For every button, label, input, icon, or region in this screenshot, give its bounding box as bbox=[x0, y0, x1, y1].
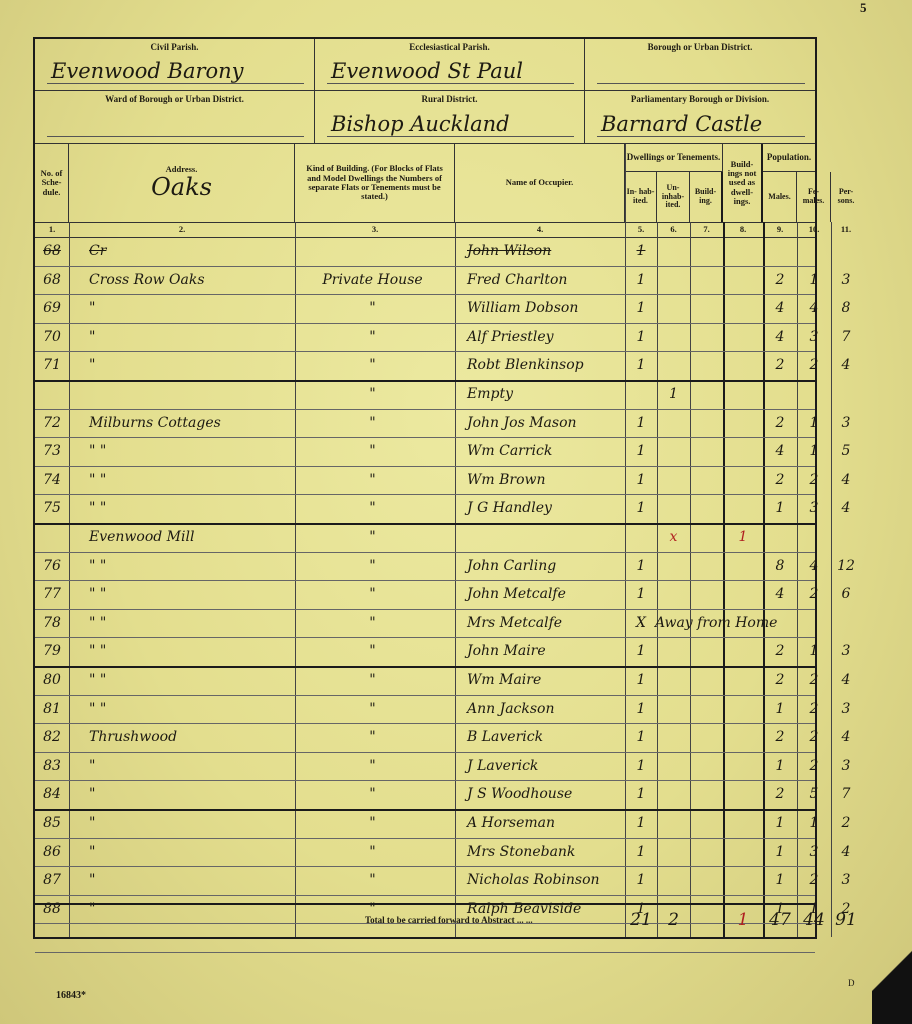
schedule-number: 68 bbox=[35, 237, 69, 266]
schedule-number: 87 bbox=[35, 866, 69, 895]
persons: 2 bbox=[831, 809, 861, 838]
table-row: 74" ""Wm Brown1224 bbox=[35, 466, 815, 496]
col-building-header: Build- ing. bbox=[690, 172, 723, 222]
males bbox=[763, 380, 797, 409]
address: Cross Row Oaks bbox=[75, 266, 309, 295]
totals-row: Total to be carried forward to Abstract … bbox=[35, 903, 815, 937]
inhabited: 1 bbox=[625, 466, 657, 495]
form-mark: D bbox=[848, 978, 855, 988]
table-row: 76" ""John Carling18412 bbox=[35, 552, 815, 582]
not-dwelling bbox=[723, 723, 763, 752]
males: 4 bbox=[763, 437, 797, 466]
address: Milburns Cottages bbox=[75, 409, 309, 438]
total-persons: 91 bbox=[831, 905, 861, 937]
males: 4 bbox=[763, 294, 797, 323]
schedule-number bbox=[35, 380, 69, 409]
inhabited bbox=[625, 380, 657, 409]
persons: 3 bbox=[831, 266, 861, 295]
males: 8 bbox=[763, 552, 797, 581]
schedule-number: 85 bbox=[35, 809, 69, 838]
schedule-number: 83 bbox=[35, 752, 69, 781]
table-row: Evenwood Mill"x1 bbox=[35, 523, 815, 553]
occupier-name: Mrs Metcalfe bbox=[455, 609, 637, 638]
occupier-name: Wm Carrick bbox=[455, 437, 637, 466]
inhabited: 1 bbox=[625, 780, 657, 809]
not-dwelling bbox=[723, 237, 763, 266]
not-dwelling bbox=[723, 866, 763, 895]
kind-of-building: " bbox=[295, 809, 450, 838]
address: " bbox=[75, 780, 309, 809]
address: " bbox=[75, 752, 309, 781]
kind-of-building: " bbox=[295, 666, 450, 695]
inhabited: 1 bbox=[625, 838, 657, 867]
inhabited: 1 bbox=[625, 351, 657, 380]
occupier-name: A Horseman bbox=[455, 809, 637, 838]
uninhabited bbox=[657, 637, 690, 666]
col-number: 7. bbox=[690, 224, 723, 234]
inhabited: 1 bbox=[625, 552, 657, 581]
inhabited: 1 bbox=[625, 437, 657, 466]
persons: 4 bbox=[831, 838, 861, 867]
schedule-number: 77 bbox=[35, 580, 69, 609]
males: 2 bbox=[763, 666, 797, 695]
address: Cr bbox=[75, 237, 309, 266]
col-number: 10. bbox=[797, 224, 831, 234]
not-dwelling bbox=[723, 752, 763, 781]
dwellings-group-header: Dwellings or Tenements. bbox=[625, 144, 723, 172]
kind-of-building: " bbox=[295, 437, 450, 466]
kind-of-building bbox=[295, 237, 450, 266]
address: " " bbox=[75, 466, 309, 495]
col-number: 9. bbox=[763, 224, 797, 234]
col-number: 4. bbox=[455, 224, 625, 234]
table-row: 77" ""John Metcalfe1426 bbox=[35, 580, 815, 610]
address: " bbox=[75, 838, 309, 867]
kind-of-building: " bbox=[295, 409, 450, 438]
uninhabited bbox=[657, 752, 690, 781]
females bbox=[797, 380, 831, 409]
address: " " bbox=[75, 552, 309, 581]
kind-of-building: " bbox=[295, 294, 450, 323]
ward-label: Ward of Borough or Urban District. bbox=[35, 94, 314, 104]
schedule-number: 68 bbox=[35, 266, 69, 295]
females: 2 bbox=[797, 866, 831, 895]
schedule-number: 81 bbox=[35, 695, 69, 724]
females bbox=[797, 609, 831, 638]
not-dwelling bbox=[723, 637, 763, 666]
kind-of-building: " bbox=[295, 866, 450, 895]
males: 4 bbox=[763, 323, 797, 352]
kind-of-building: " bbox=[295, 523, 450, 552]
address: " " bbox=[75, 494, 309, 523]
males: 2 bbox=[763, 351, 797, 380]
not-dwelling bbox=[723, 351, 763, 380]
inhabited: 1 bbox=[625, 666, 657, 695]
population-group-header: Population. bbox=[763, 144, 815, 172]
females: 2 bbox=[797, 695, 831, 724]
parliamentary-value: Barnard Castle bbox=[597, 113, 805, 137]
uninhabited bbox=[657, 466, 690, 495]
schedule-number: 74 bbox=[35, 466, 69, 495]
occupier-name: Alf Priestley bbox=[455, 323, 637, 352]
table-row: 79" ""John Maire1213 bbox=[35, 637, 815, 668]
rural-district-value: Bishop Auckland bbox=[327, 113, 574, 137]
table-row: 68Cross Row OaksPrivate HouseFred Charlt… bbox=[35, 266, 815, 296]
persons: 3 bbox=[831, 752, 861, 781]
uninhabited bbox=[657, 666, 690, 695]
persons: 3 bbox=[831, 866, 861, 895]
occupier-name: Nicholas Robinson bbox=[455, 866, 637, 895]
table-row: 73" ""Wm Carrick1415 bbox=[35, 437, 815, 467]
address: " " bbox=[75, 580, 309, 609]
inhabited: X bbox=[625, 609, 657, 638]
schedule-number bbox=[35, 523, 69, 552]
total-uninhabited: 2 bbox=[657, 905, 690, 937]
table-row: 72Milburns Cottages"John Jos Mason1213 bbox=[35, 409, 815, 439]
males: 1 bbox=[763, 752, 797, 781]
persons bbox=[831, 523, 861, 552]
not-dwelling bbox=[723, 380, 763, 409]
kind-of-building: " bbox=[295, 466, 450, 495]
uninhabited bbox=[657, 494, 690, 523]
persons: 4 bbox=[831, 466, 861, 495]
col-number: 11. bbox=[831, 224, 861, 234]
inhabited: 1 bbox=[625, 637, 657, 666]
schedule-number: 78 bbox=[35, 609, 69, 638]
persons: 6 bbox=[831, 580, 861, 609]
not-dwelling bbox=[723, 494, 763, 523]
col-number: 8. bbox=[723, 224, 763, 234]
not-dwelling bbox=[723, 666, 763, 695]
males: 2 bbox=[763, 723, 797, 752]
address: " " bbox=[75, 695, 309, 724]
total-not-dwelling: 1 bbox=[723, 905, 763, 937]
not-dwelling bbox=[723, 294, 763, 323]
females: 1 bbox=[797, 266, 831, 295]
inhabited: 1 bbox=[625, 266, 657, 295]
row-note: Away from Home bbox=[655, 609, 777, 637]
schedule-number: 73 bbox=[35, 437, 69, 466]
total-inhabited: 21 bbox=[625, 905, 657, 937]
kind-of-building: " bbox=[295, 351, 450, 380]
col-number: 2. bbox=[69, 224, 295, 234]
col-schedule-header: No. of Sche- dule. bbox=[35, 144, 69, 222]
males: 1 bbox=[763, 809, 797, 838]
not-dwelling bbox=[723, 838, 763, 867]
occupier-name: Wm Brown bbox=[455, 466, 637, 495]
persons: 5 bbox=[831, 437, 861, 466]
persons: 3 bbox=[831, 695, 861, 724]
occupier-name: Wm Maire bbox=[455, 666, 637, 695]
col-number: 5. bbox=[625, 224, 657, 234]
persons bbox=[831, 237, 861, 266]
kind-of-building: " bbox=[295, 695, 450, 724]
schedule-number: 69 bbox=[35, 294, 69, 323]
inhabited: 1 bbox=[625, 237, 657, 266]
males: 2 bbox=[763, 409, 797, 438]
total-females: 44 bbox=[797, 905, 831, 937]
occupier-name: William Dobson bbox=[455, 294, 637, 323]
col-number: 3. bbox=[295, 224, 455, 234]
census-form: Civil Parish. Evenwood Barony Ecclesiast… bbox=[33, 37, 817, 939]
persons: 8 bbox=[831, 294, 861, 323]
page-number: 5 bbox=[860, 0, 867, 16]
civil-parish-field: Civil Parish. Evenwood Barony bbox=[35, 39, 315, 91]
table-row: 70""Alf Priestley1437 bbox=[35, 323, 815, 353]
table-row: 78" ""Mrs MetcalfeXAway from Home bbox=[35, 609, 815, 639]
address: Evenwood Mill bbox=[75, 523, 309, 552]
schedule-number: 76 bbox=[35, 552, 69, 581]
uninhabited bbox=[657, 809, 690, 838]
address bbox=[75, 380, 309, 409]
table-row: 84""J S Woodhouse1257 bbox=[35, 780, 815, 811]
address: " " bbox=[75, 609, 309, 638]
form-code: 16843* bbox=[56, 990, 86, 1001]
occupier-name: John Jos Mason bbox=[455, 409, 637, 438]
persons: 3 bbox=[831, 409, 861, 438]
persons: 4 bbox=[831, 494, 861, 523]
occupier-name: John Carling bbox=[455, 552, 637, 581]
occupier-name: John Maire bbox=[455, 637, 637, 666]
table-row: 82Thrushwood"B Laverick1224 bbox=[35, 723, 815, 753]
persons: 12 bbox=[831, 552, 861, 581]
address: " bbox=[75, 294, 309, 323]
uninhabited bbox=[657, 266, 690, 295]
females: 2 bbox=[797, 752, 831, 781]
inhabited: 1 bbox=[625, 809, 657, 838]
table-row: 87""Nicholas Robinson1123 bbox=[35, 866, 815, 896]
uninhabited bbox=[657, 723, 690, 752]
kind-of-building: " bbox=[295, 637, 450, 666]
schedule-number: 82 bbox=[35, 723, 69, 752]
uninhabited bbox=[657, 323, 690, 352]
inhabited: 1 bbox=[625, 494, 657, 523]
persons: 4 bbox=[831, 666, 861, 695]
inhabited: 1 bbox=[625, 695, 657, 724]
col-kind-header: Kind of Building. (For Blocks of Flats a… bbox=[295, 144, 455, 222]
uninhabited bbox=[657, 866, 690, 895]
uninhabited bbox=[657, 838, 690, 867]
females: 2 bbox=[797, 666, 831, 695]
uninhabited bbox=[657, 695, 690, 724]
males: 1 bbox=[763, 494, 797, 523]
total-males: 47 bbox=[763, 905, 797, 937]
inhabited bbox=[625, 523, 657, 552]
inhabited: 1 bbox=[625, 323, 657, 352]
address: " " bbox=[75, 437, 309, 466]
rural-district-field: Rural District. Bishop Auckland bbox=[315, 91, 585, 144]
address: " bbox=[75, 323, 309, 352]
uninhabited bbox=[657, 780, 690, 809]
not-dwelling bbox=[723, 323, 763, 352]
kind-of-building: " bbox=[295, 723, 450, 752]
persons: 7 bbox=[831, 323, 861, 352]
uninhabited: 1 bbox=[657, 380, 690, 409]
persons: 3 bbox=[831, 637, 861, 666]
borough-label: Borough or Urban District. bbox=[585, 42, 815, 52]
table-row: 86""Mrs Stonebank1134 bbox=[35, 838, 815, 868]
males: 1 bbox=[763, 866, 797, 895]
kind-of-building: " bbox=[295, 323, 450, 352]
females bbox=[797, 237, 831, 266]
occupier-name: Empty bbox=[455, 380, 637, 409]
ecclesiastical-parish-value: Evenwood St Paul bbox=[327, 60, 574, 84]
kind-of-building: " bbox=[295, 609, 450, 638]
females: 1 bbox=[797, 809, 831, 838]
males: 1 bbox=[763, 838, 797, 867]
parliamentary-label: Parliamentary Borough or Division. bbox=[585, 94, 815, 104]
males bbox=[763, 237, 797, 266]
uninhabited bbox=[657, 552, 690, 581]
total-building bbox=[690, 905, 723, 937]
schedule-number: 70 bbox=[35, 323, 69, 352]
females: 3 bbox=[797, 494, 831, 523]
inhabited: 1 bbox=[625, 723, 657, 752]
males bbox=[763, 523, 797, 552]
occupier-name: Fred Charlton bbox=[455, 266, 637, 295]
persons: 4 bbox=[831, 723, 861, 752]
address: Thrushwood bbox=[75, 723, 309, 752]
females: 5 bbox=[797, 780, 831, 809]
table-row: 85""A Horseman1112 bbox=[35, 809, 815, 839]
col-name-header: Name of Occupier. bbox=[455, 144, 625, 222]
males: 2 bbox=[763, 780, 797, 809]
address: " bbox=[75, 809, 309, 838]
males: 4 bbox=[763, 580, 797, 609]
not-dwelling bbox=[723, 780, 763, 809]
schedule-number: 80 bbox=[35, 666, 69, 695]
females: 2 bbox=[797, 723, 831, 752]
males: 1 bbox=[763, 695, 797, 724]
rural-district-label: Rural District. bbox=[315, 94, 584, 104]
parliamentary-field: Parliamentary Borough or Division. Barna… bbox=[585, 91, 815, 144]
not-dwelling: 1 bbox=[723, 523, 763, 552]
occupier-name: John Wilson bbox=[455, 237, 637, 266]
totals-label: Total to be carried forward to Abstract … bbox=[365, 915, 533, 925]
not-dwelling bbox=[723, 437, 763, 466]
ecclesiastical-parish-label: Ecclesiastical Parish. bbox=[315, 42, 584, 52]
males: 2 bbox=[763, 466, 797, 495]
not-dwelling bbox=[723, 580, 763, 609]
females: 1 bbox=[797, 437, 831, 466]
occupier-name bbox=[455, 523, 637, 552]
col-persons-header: Per- sons. bbox=[831, 172, 861, 222]
males: 2 bbox=[763, 266, 797, 295]
address-note: Oaks bbox=[151, 174, 212, 200]
inhabited: 1 bbox=[625, 294, 657, 323]
not-dwelling bbox=[723, 809, 763, 838]
females: 3 bbox=[797, 838, 831, 867]
col-number: 1. bbox=[35, 224, 69, 234]
females bbox=[797, 523, 831, 552]
schedule-number: 86 bbox=[35, 838, 69, 867]
civil-parish-label: Civil Parish. bbox=[35, 42, 314, 52]
col-number: 6. bbox=[657, 224, 690, 234]
schedule-number: 79 bbox=[35, 637, 69, 666]
column-numbers: 1. 2. 3. 4. 5. 6. 7. 8. 9. 10. 11. bbox=[35, 222, 815, 238]
females: 2 bbox=[797, 466, 831, 495]
uninhabited bbox=[657, 409, 690, 438]
table-row: 80" ""Wm Maire1224 bbox=[35, 666, 815, 696]
borough-field: Borough or Urban District. bbox=[585, 39, 815, 91]
civil-parish-value: Evenwood Barony bbox=[47, 60, 304, 84]
kind-of-building: Private House bbox=[295, 266, 450, 295]
table-row: 71""Robt Blenkinsop1224 bbox=[35, 351, 815, 382]
table-row: 68CrJohn Wilson1 bbox=[35, 237, 815, 267]
females: 3 bbox=[797, 323, 831, 352]
inhabited: 1 bbox=[625, 866, 657, 895]
col-inhabited-header: In- hab- ited. bbox=[625, 172, 657, 222]
table-row: 69""William Dobson1448 bbox=[35, 294, 815, 324]
persons: 7 bbox=[831, 780, 861, 809]
ward-value bbox=[47, 136, 304, 137]
borough-value bbox=[597, 83, 805, 84]
females: 1 bbox=[797, 409, 831, 438]
kind-of-building: " bbox=[295, 580, 450, 609]
kind-of-building: " bbox=[295, 780, 450, 809]
occupier-name: John Metcalfe bbox=[455, 580, 637, 609]
uninhabited bbox=[657, 437, 690, 466]
occupier-name: J S Woodhouse bbox=[455, 780, 637, 809]
uninhabited bbox=[657, 580, 690, 609]
females: 4 bbox=[797, 294, 831, 323]
address: " bbox=[75, 351, 309, 380]
col-address-header: Address. Oaks bbox=[69, 144, 295, 222]
kind-of-building: " bbox=[295, 838, 450, 867]
uninhabited bbox=[657, 294, 690, 323]
persons bbox=[831, 380, 861, 409]
ward-field: Ward of Borough or Urban District. bbox=[35, 91, 315, 144]
address: " " bbox=[75, 637, 309, 666]
schedule-number: 72 bbox=[35, 409, 69, 438]
address: " " bbox=[75, 666, 309, 695]
persons bbox=[831, 609, 861, 638]
occupier-name: Ann Jackson bbox=[455, 695, 637, 724]
kind-of-building: " bbox=[295, 552, 450, 581]
schedule-number: 84 bbox=[35, 780, 69, 809]
col-uninhabited-header: Un- inhab- ited. bbox=[657, 172, 690, 222]
occupier-name: Mrs Stonebank bbox=[455, 838, 637, 867]
uninhabited bbox=[657, 351, 690, 380]
males: 2 bbox=[763, 637, 797, 666]
females: 2 bbox=[797, 580, 831, 609]
kind-of-building: " bbox=[295, 752, 450, 781]
page-corner-shadow bbox=[872, 930, 912, 1024]
kind-of-building: " bbox=[295, 494, 450, 523]
table-row: "Empty1 bbox=[35, 380, 815, 410]
not-dwelling bbox=[723, 466, 763, 495]
females: 2 bbox=[797, 351, 831, 380]
uninhabited: x bbox=[657, 523, 690, 552]
ecclesiastical-parish-field: Ecclesiastical Parish. Evenwood St Paul bbox=[315, 39, 585, 91]
not-dwelling bbox=[723, 695, 763, 724]
table-row: 75" ""J G Handley1134 bbox=[35, 494, 815, 525]
schedule-number: 75 bbox=[35, 494, 69, 523]
inhabited: 1 bbox=[625, 580, 657, 609]
address: " bbox=[75, 866, 309, 895]
not-dwelling bbox=[723, 552, 763, 581]
schedule-number: 71 bbox=[35, 351, 69, 380]
females: 4 bbox=[797, 552, 831, 581]
col-males-header: Males. bbox=[763, 172, 797, 222]
uninhabited bbox=[657, 237, 690, 266]
kind-of-building: " bbox=[295, 380, 450, 409]
occupier-name: J Laverick bbox=[455, 752, 637, 781]
persons: 4 bbox=[831, 351, 861, 380]
col-females-header: Fe- males. bbox=[797, 172, 831, 222]
occupier-name: J G Handley bbox=[455, 494, 637, 523]
col-not-dwellings-header: Build- ings not used as dwell- ings. bbox=[723, 144, 763, 222]
